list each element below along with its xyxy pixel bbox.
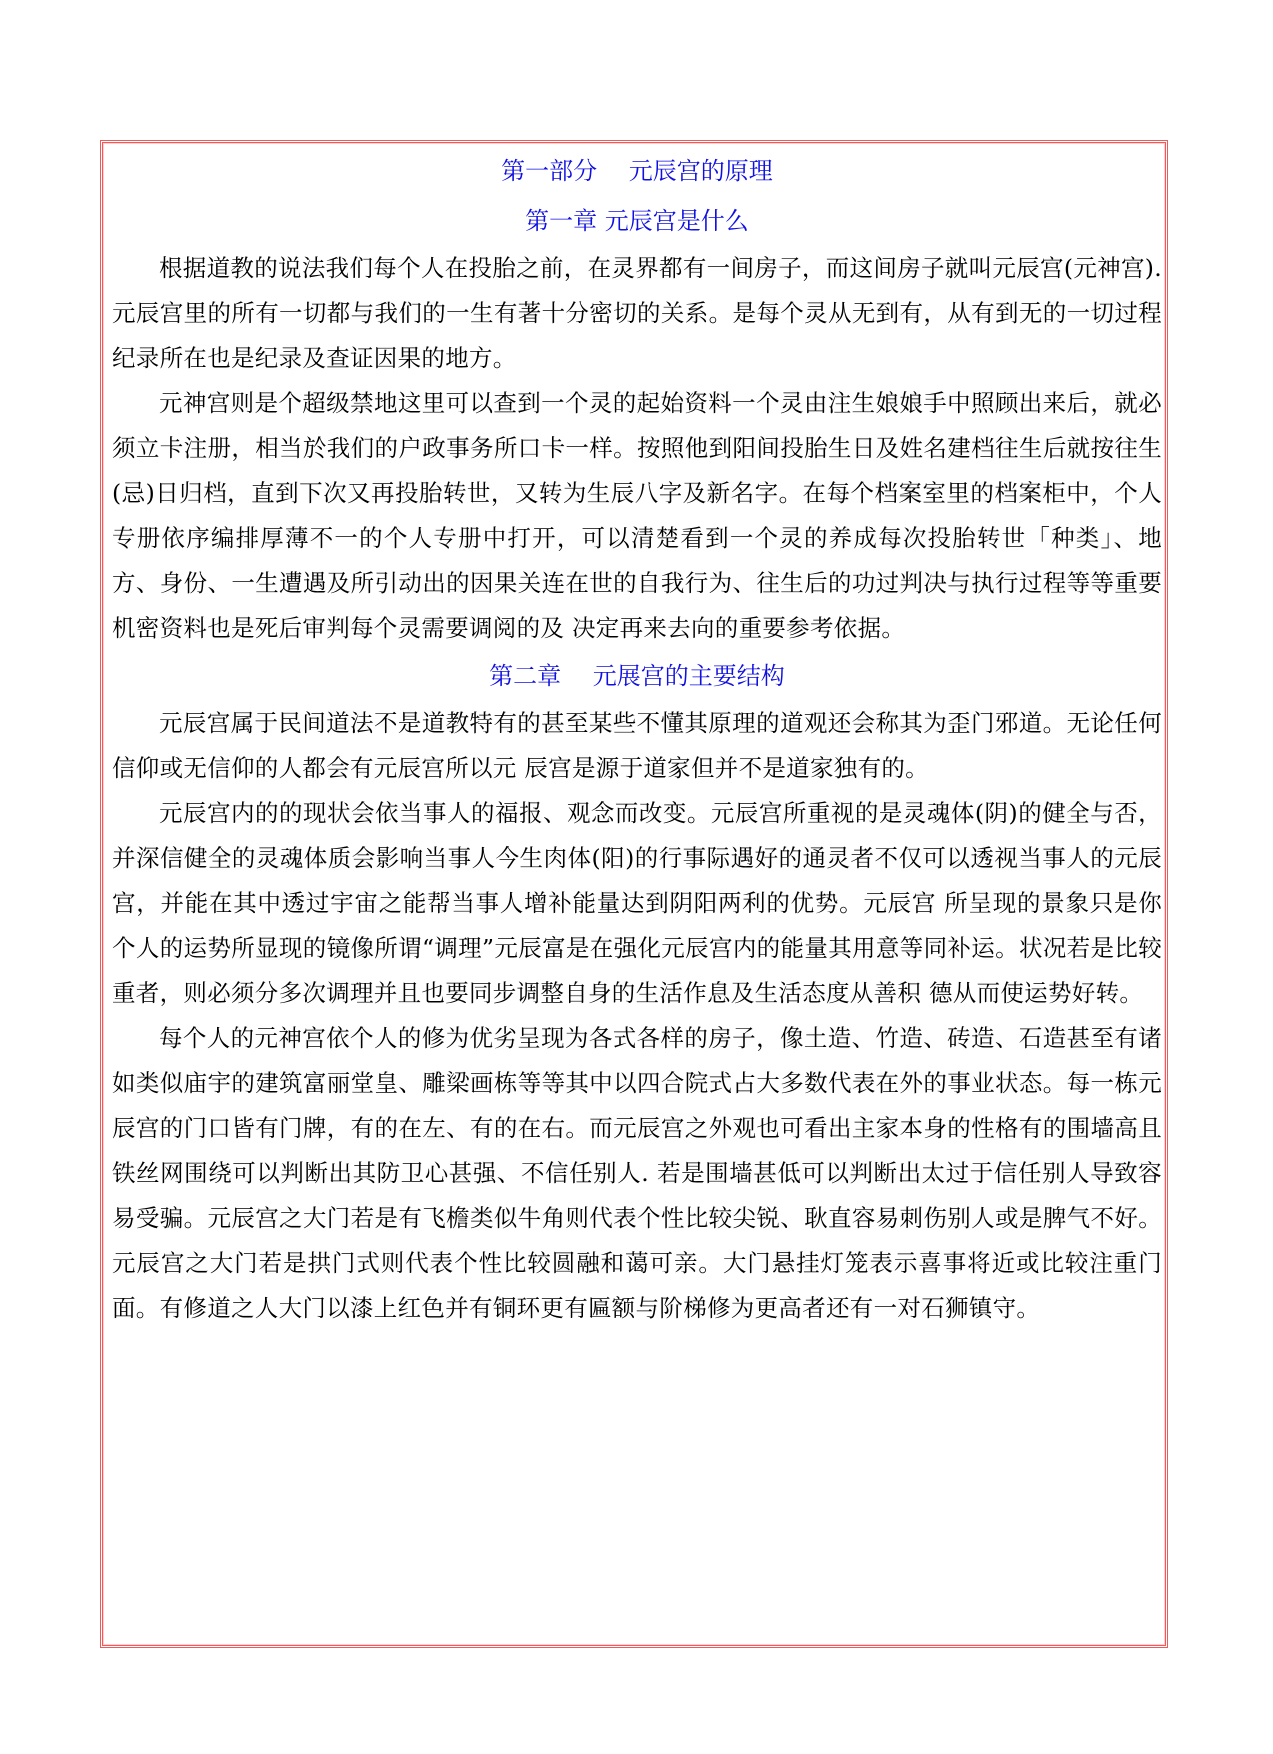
chapter-2-title: 第二章 元展宫的主要结构	[112, 651, 1162, 701]
chapter-2-paragraph: 元辰宫属于民间道法不是道教特有的甚至某些不懂其原理的道观还会称其为歪门邪道。无论…	[112, 701, 1162, 791]
part-title: 第一部分 元辰宫的原理	[112, 146, 1162, 196]
chapter-2-paragraph: 每个人的元神宫依个人的修为优劣呈现为各式各样的房子，像土造、竹造、砖造、石造甚至…	[112, 1016, 1162, 1331]
chapter-2-paragraph: 元辰宫内的的现状会依当事人的福报、观念而改变。元辰宫所重视的是灵魂体(阴)的健全…	[112, 791, 1162, 1016]
chapter-1-title: 第一章 元辰宫是什么	[112, 196, 1162, 246]
document-body: 第一部分 元辰宫的原理 第一章 元辰宫是什么 根据道教的说法我们每个人在投胎之前…	[112, 146, 1162, 1331]
chapter-1-paragraph: 根据道教的说法我们每个人在投胎之前，在灵界都有一间房子，而这间房子就叫元辰宫(元…	[112, 246, 1162, 381]
chapter-1-paragraph: 元神宫则是个超级禁地这里可以查到一个灵的起始资料一个灵由注生娘娘手中照顾出来后，…	[112, 381, 1162, 651]
